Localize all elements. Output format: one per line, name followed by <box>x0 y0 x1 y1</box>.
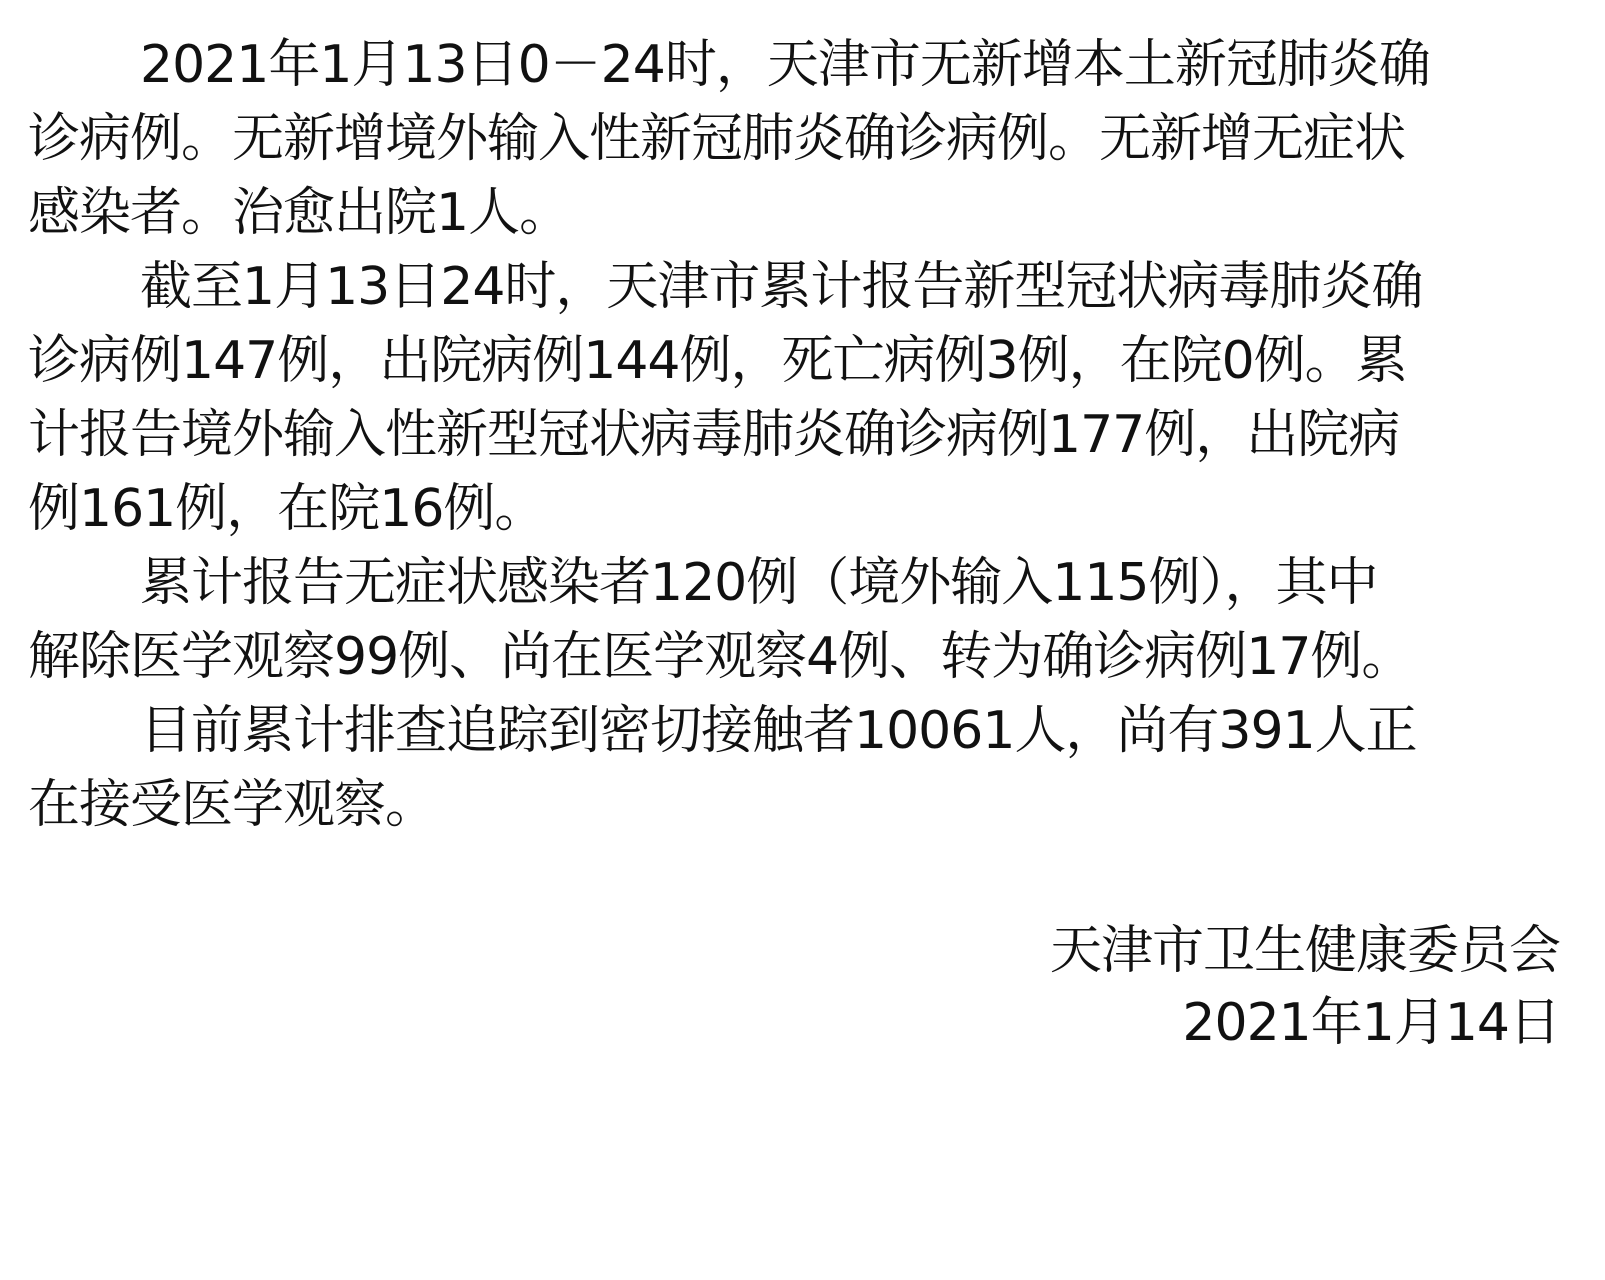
text-line: 2021年1月13日0－24时，天津市无新增本土新冠肺炎确 <box>28 28 1588 102</box>
text-line: 截至1月13日24时，天津市累计报告新型冠状病毒肺炎确 <box>28 250 1588 324</box>
paragraph-close-contacts: 目前累计排查追踪到密切接触者10061人，尚有391人正 在接受医学观察。 <box>28 694 1588 842</box>
document-body: 2021年1月13日0－24时，天津市无新增本土新冠肺炎确 诊病例。无新增境外输… <box>28 28 1588 842</box>
text-line: 计报告境外输入性新型冠状病毒肺炎确诊病例177例，出院病 <box>28 398 1588 472</box>
text-line: 累计报告无症状感染者120例（境外输入115例），其中 <box>28 546 1588 620</box>
text-line: 诊病例147例，出院病例144例，死亡病例3例，在院0例。累 <box>28 324 1588 398</box>
text-line: 目前累计排查追踪到密切接触者10061人，尚有391人正 <box>28 694 1588 768</box>
text-line: 例161例，在院16例。 <box>28 472 1588 546</box>
signature-block: 天津市卫生健康委员会 2021年1月14日 <box>1050 915 1560 1059</box>
signature-organization: 天津市卫生健康委员会 <box>1050 915 1560 987</box>
text-line: 在接受医学观察。 <box>28 768 1588 842</box>
text-line: 解除医学观察99例、尚在医学观察4例、转为确诊病例17例。 <box>28 620 1588 694</box>
paragraph-daily-new-cases: 2021年1月13日0－24时，天津市无新增本土新冠肺炎确 诊病例。无新增境外输… <box>28 28 1588 250</box>
paragraph-asymptomatic-cases: 累计报告无症状感染者120例（境外输入115例），其中 解除医学观察99例、尚在… <box>28 546 1588 694</box>
text-line: 诊病例。无新增境外输入性新冠肺炎确诊病例。无新增无症状 <box>28 102 1588 176</box>
text-line: 感染者。治愈出院1人。 <box>28 176 1588 250</box>
paragraph-cumulative-cases: 截至1月13日24时，天津市累计报告新型冠状病毒肺炎确 诊病例147例，出院病例… <box>28 250 1588 546</box>
signature-date: 2021年1月14日 <box>1050 987 1560 1059</box>
